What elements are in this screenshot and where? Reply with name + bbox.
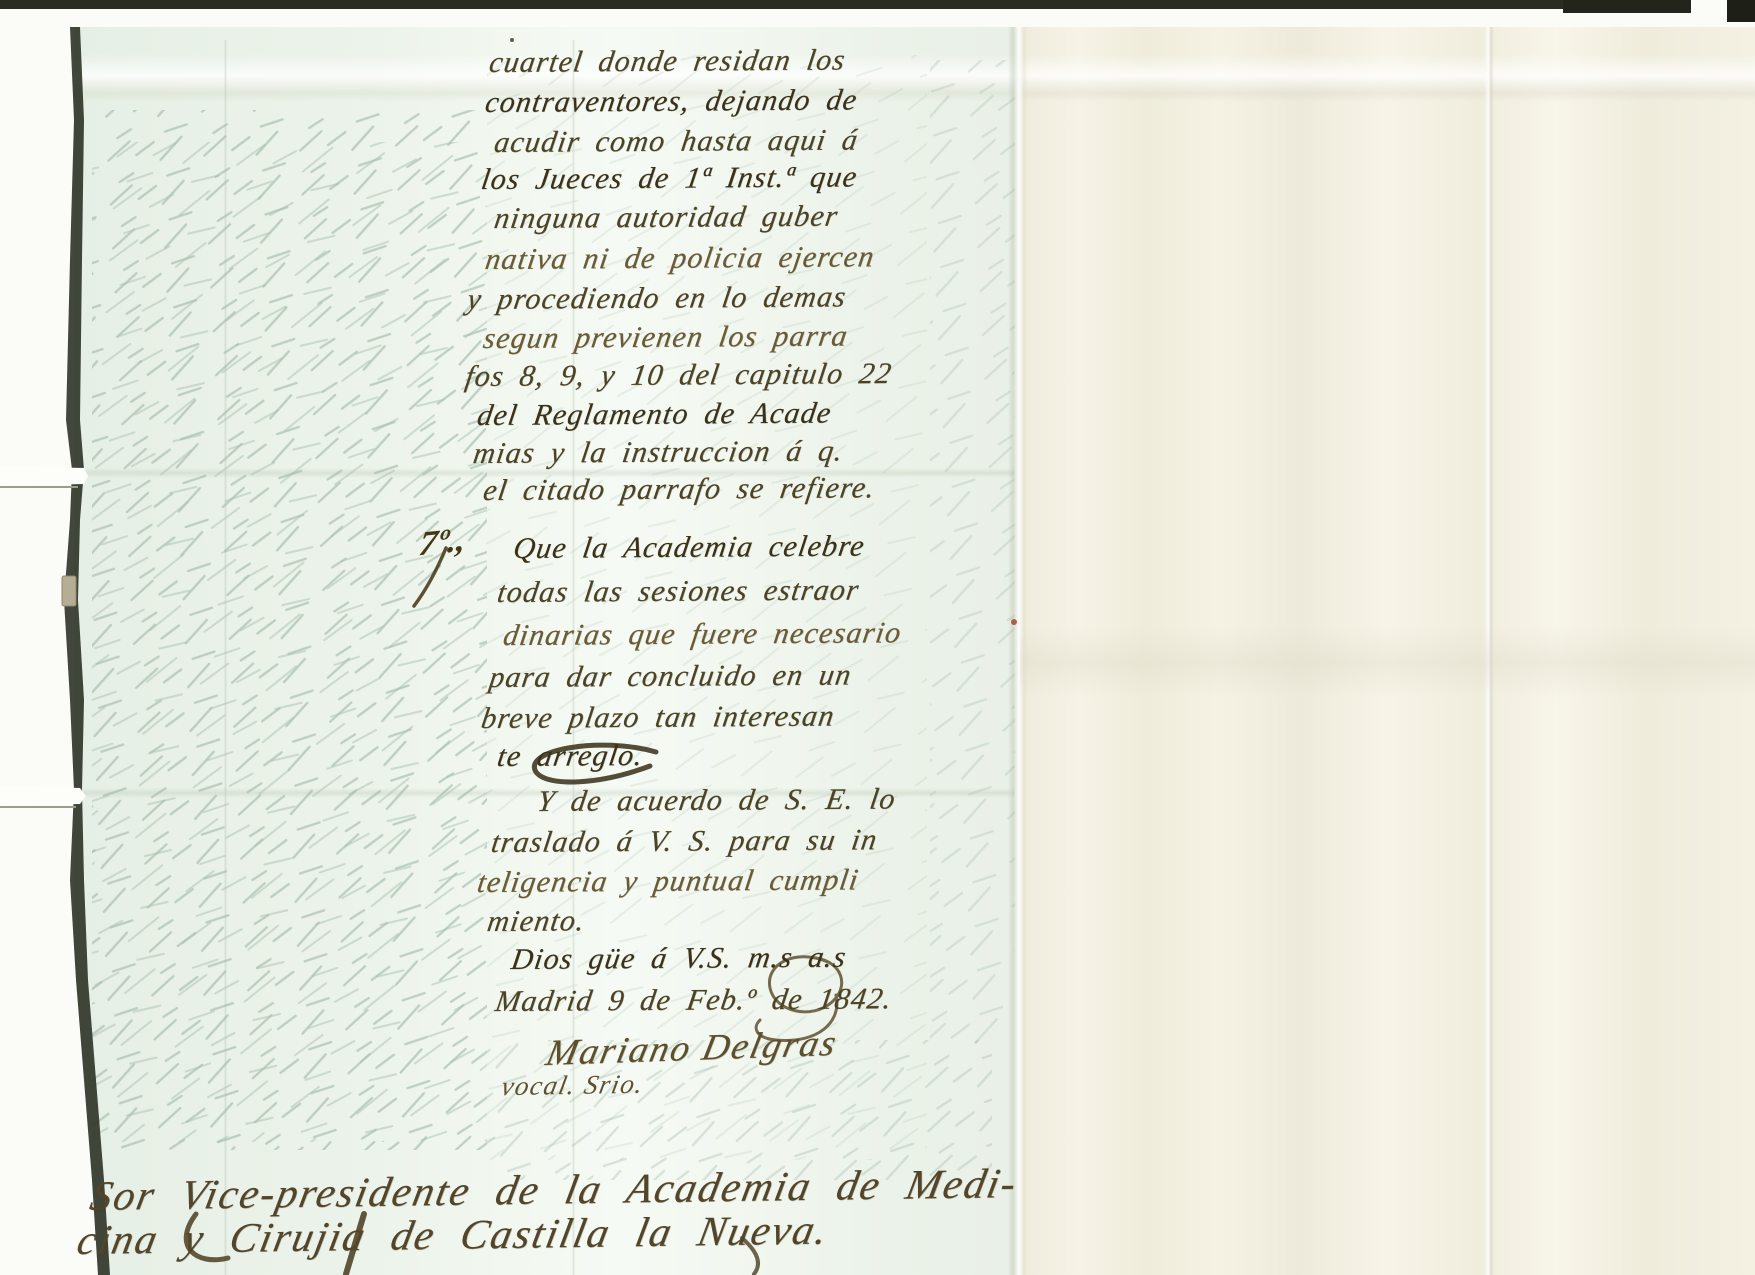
manuscript-line: teligencia y puntual cumpli — [475, 863, 861, 899]
clasp-tab — [62, 576, 76, 606]
valediction-line: Dios güe á V.S. m.s a.s — [509, 941, 849, 976]
manuscript-line: acudir como hasta aqui á — [492, 123, 861, 159]
manuscript-line: Y de acuerdo de S. E. lo — [535, 783, 898, 818]
manuscript-line: los Jueces de 1ª Inst.ª que — [479, 160, 860, 196]
manuscript-line: te arreglo. — [495, 739, 646, 773]
addressee-line: cina y Cirujia de Castilla la Nueva. — [74, 1210, 833, 1262]
paragraph-7-marker: 7º., — [417, 522, 468, 562]
manuscript-line: dinarias que fuere necesario — [501, 616, 904, 652]
signature-name: Mariano Delgras — [543, 1025, 841, 1072]
manuscript-line: el citado parrafo se refiere. — [481, 471, 878, 507]
manuscript-line: fos 8, 9, y 10 del capitulo 22 — [463, 357, 894, 393]
scanner-bed-margin — [0, 27, 98, 1275]
manuscript-line: Que la Academia celebre — [511, 530, 867, 565]
ink-speck — [510, 38, 514, 42]
manuscript-line: cuartel donde residan los — [487, 44, 848, 79]
manuscript-line: segun previenen los parra — [481, 319, 850, 355]
dateline: Madrid 9 de Feb.º de 1842. — [493, 982, 895, 1018]
paper-slip — [0, 466, 88, 487]
scanned-letter-page: cuartel donde residan los contraventores… — [0, 0, 1755, 1275]
manuscript-line: traslado á V. S. para su in — [489, 823, 880, 859]
paper-slip — [0, 786, 86, 807]
ink-speck — [1011, 619, 1017, 625]
manuscript-line: del Reglamento de Acade — [475, 397, 834, 432]
manuscript-line: y procediendo en lo demas — [465, 280, 849, 316]
signature-role: vocal. Srio. — [499, 1071, 647, 1100]
manuscript-line: miento. — [485, 904, 588, 938]
manuscript-line: ninguna autoridad guber — [492, 200, 841, 235]
manuscript-line: todas las sesiones estraor — [495, 573, 862, 609]
manuscript-line: para dar concluido en un — [487, 658, 854, 694]
manuscript-line: nativa ni de policia ejercen — [483, 240, 877, 276]
manuscript-line: breve plazo tan interesan — [479, 700, 837, 735]
manuscript-line: mias y la instruccion á q. — [471, 434, 846, 470]
manuscript-line: contraventores, dejando de — [483, 83, 860, 119]
